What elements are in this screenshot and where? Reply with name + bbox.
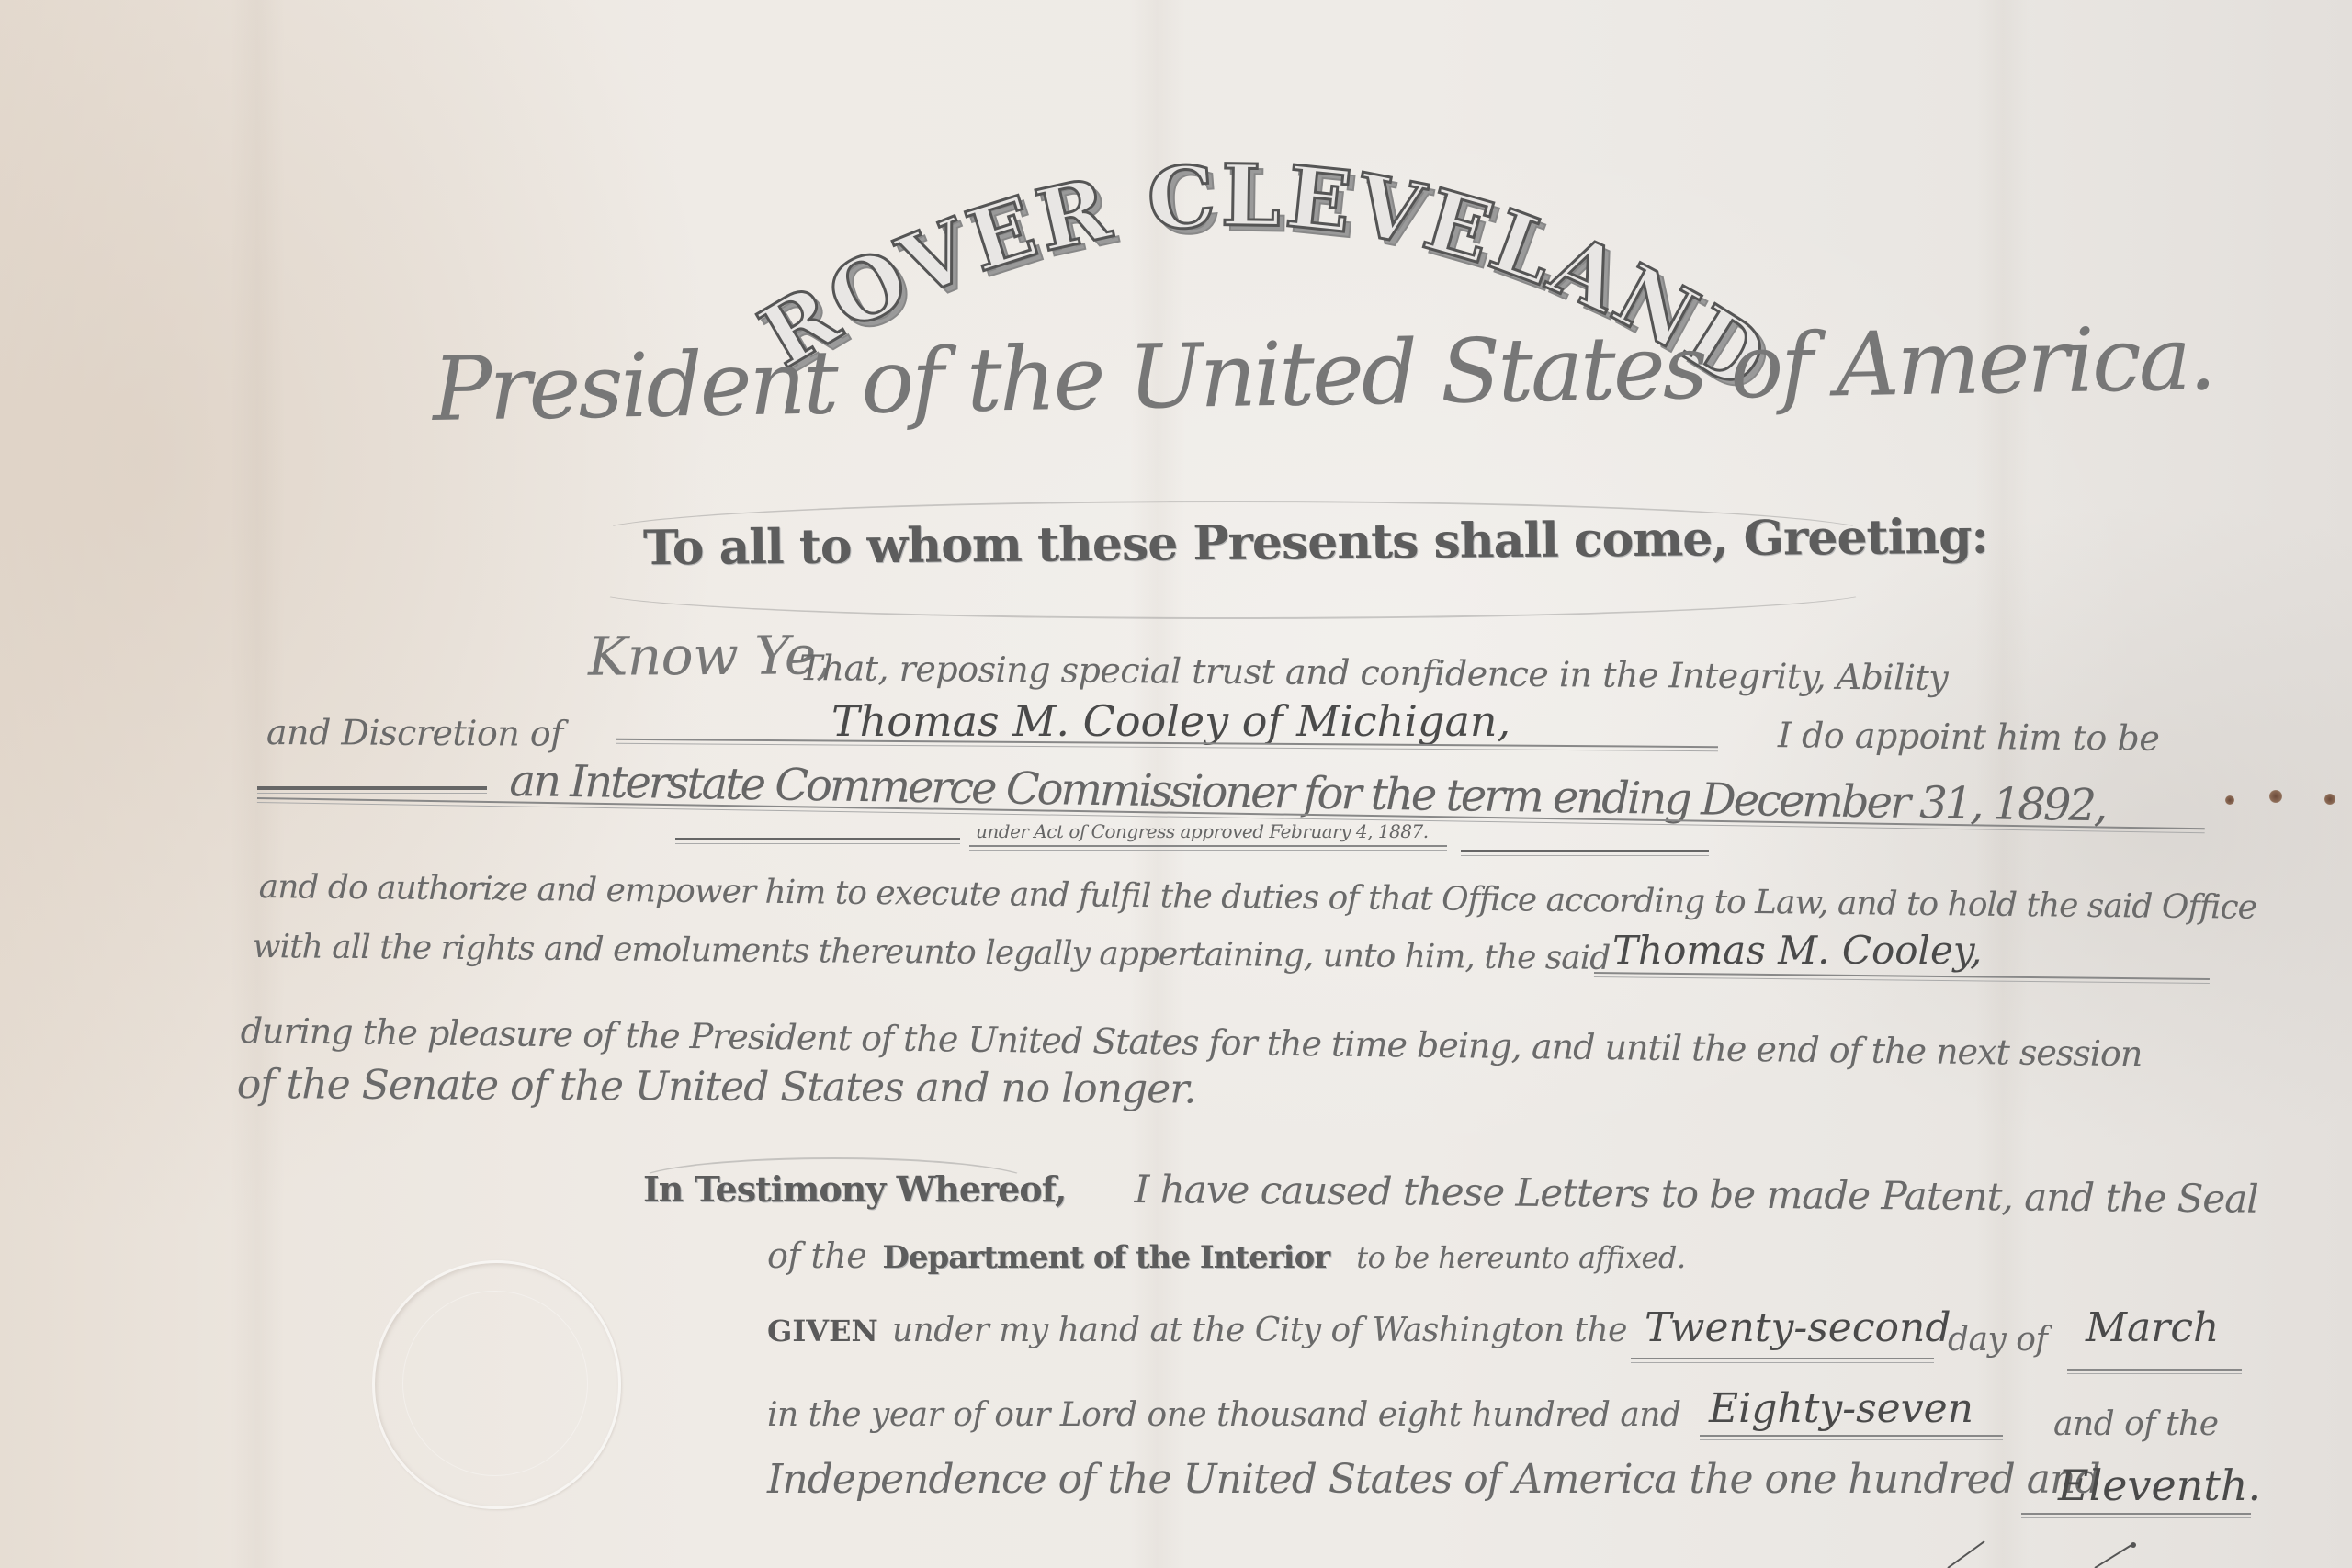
line-prefix: under my hand at the City of Washington … [892, 1312, 1627, 1349]
fill-line [1700, 1435, 2003, 1440]
embossed-seal-icon [372, 1260, 621, 1509]
know-ye-heading: Know Ye, [588, 624, 832, 687]
line-prefix: of the [767, 1235, 866, 1276]
day-field: Twenty-second [1645, 1304, 1951, 1351]
day-of-label: day of [1948, 1321, 2047, 1359]
appointee-short-field: Thomas M. Cooley, [1612, 928, 1982, 973]
body-line-4: and do authorize and empower him to exec… [259, 868, 2257, 927]
month-field: March [2086, 1304, 2219, 1351]
paper-fold [230, 0, 285, 1568]
line-suffix: to be hereunto affixed. [1356, 1240, 1685, 1275]
independence-year-field: Eleventh. [2058, 1461, 2261, 1510]
body-line-7: of the Senate of the United States and n… [237, 1061, 1196, 1112]
foxing-spot [2324, 794, 2335, 805]
fill-line [675, 838, 960, 844]
foxing-spot [2269, 790, 2282, 803]
fill-line [257, 786, 487, 794]
testimony-heading: In Testimony Whereof, [643, 1168, 1066, 1210]
appointee-name-field: Thomas M. Cooley of Michigan, [831, 696, 1510, 746]
given-line-3: Independence of the United States of Ame… [767, 1456, 2100, 1503]
foxing-spot [2225, 795, 2234, 805]
body-line-5: with all the rights and emoluments there… [253, 928, 1611, 977]
signature-fragment [1929, 1534, 2297, 1568]
department-name: Department of the Interior [882, 1239, 1329, 1276]
fill-line [1594, 972, 2210, 984]
given-line-2: in the year of our Lord one thousand eig… [767, 1396, 1681, 1434]
fill-line [2067, 1369, 2242, 1374]
body-line-1: That, reposing special trust and confide… [799, 648, 1949, 698]
and-of-the-label: and of the [2053, 1405, 2219, 1443]
testimony-line-1: I have caused these Letters to be made P… [1135, 1167, 2258, 1222]
authority-note: under Act of Congress approved February … [976, 820, 1429, 842]
body-line-2: and Discretion of [266, 712, 563, 754]
fill-line [2021, 1513, 2251, 1518]
year-field: Eighty-seven [1709, 1385, 1973, 1432]
fill-line [1461, 850, 1709, 856]
testimony-line-2: of the Department of the Interior to be … [767, 1235, 1686, 1276]
line-prefix: and Discretion of [266, 712, 563, 754]
fill-line [969, 845, 1447, 851]
fill-line [1631, 1358, 1934, 1363]
given-line-1: GIVEN under my hand at the City of Washi… [767, 1312, 1627, 1349]
greeting-heading: To all to whom these Presents shall come… [643, 509, 1988, 577]
given-label: GIVEN [767, 1314, 878, 1348]
appoint-text: I do appoint him to be [1778, 715, 2160, 759]
seal-inner-ring [402, 1291, 588, 1476]
